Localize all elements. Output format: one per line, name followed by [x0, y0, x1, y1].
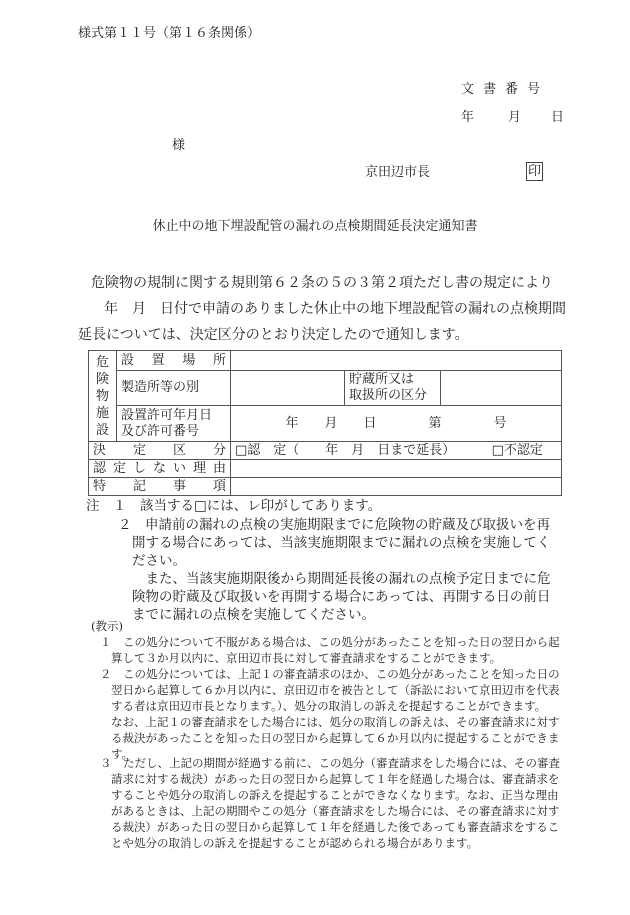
body-paragraph-line-2: 年 月 日付で申請のありました休止中の地下埋設配管の漏れの点検期間: [104, 300, 566, 318]
instruction-3-line-3: することや処分の取消しの訴えを提起することができなくなります。なお、正当な理由: [111, 788, 559, 803]
permit-label: 設置許可年月日 及び許可番号: [117, 406, 231, 442]
remarks-value[interactable]: [231, 478, 562, 496]
instruction-1-line-2: 算して３か月以内に、京田辺市長に対して審査請求をすることができます。: [111, 651, 501, 666]
facility-type-label: 製造所等の別: [117, 371, 231, 406]
location-label: 設置場所: [117, 351, 231, 371]
hazmat-facility-group-label: 危険物施設: [89, 351, 117, 442]
instruction-3-line-4: があるときは、上記の期間やこの処分（審査請求をした場合には、その審査請求に対す: [111, 804, 560, 819]
note-2-line-5: 険物の貯蔵及び取扱いを再開する場合にあっては、再開する日の前日: [132, 588, 550, 606]
storage-class-label: 貯蔵所又は 取扱所の区分: [345, 371, 441, 406]
body-paragraph-line-1: 危険物の規制に関する規則第６２条の５の３第２項ただし書の規定により: [91, 274, 553, 292]
storage-class-value[interactable]: [441, 371, 562, 406]
note-2-line-4: また、当該実施期限後から期間延長後の漏れの点検予定日までに危: [132, 570, 551, 588]
addressee-suffix: 様: [172, 138, 185, 154]
location-value[interactable]: [231, 351, 562, 371]
reject-reason-label: 認定しない理由: [89, 460, 231, 478]
note-2-line-3: ださい。: [132, 552, 186, 570]
date-day: 日: [551, 110, 564, 126]
issuer-name: 京田辺市長: [365, 165, 430, 181]
instruction-3-line-5: る裁決）があった日の翌日から起算して１年を経過した後であっても審査請求をするこ: [111, 820, 559, 835]
table-row-decision: 決定区分 □認 定（ 年 月 日まで延長） □不認定: [89, 442, 562, 460]
instruction-3-line-6: とや処分の取消しの訴えを提起することが認められる場合があります。: [111, 836, 478, 851]
instruction-1-line-1: １ この処分について不服がある場合は、この処分があったことを知った日の翌日から起: [100, 635, 560, 650]
date-year: 年: [461, 110, 474, 126]
instruction-2-line-5: る裁決があったことを知った日の翌日から起算して６か月以内に提起することができま: [111, 731, 559, 746]
date-month: 月: [508, 110, 521, 126]
instruction-3-line-2: 請求に対する裁決）があった日の翌日から起算して１年を経過した場合は、審査請求を: [111, 772, 559, 787]
instruction-2-line-2: 翌日から起算して６か月以内に、京田辺市を被告として（訴訟において京田辺市を代表: [111, 683, 560, 698]
decision-label: 決定区分: [89, 442, 231, 460]
facility-decision-table: 危険物施設 設置場所 製造所等の別 貯蔵所又は 取扱所の区分 設置許可年月日 及…: [88, 350, 562, 496]
table-row-location: 危険物施設 設置場所: [89, 351, 562, 371]
instruction-2-line-1: ２ この処分については、上記１の審査請求のほか、この処分があったことを知った日の: [100, 667, 560, 682]
decision-approve-checkbox[interactable]: □認 定（ 年 月 日まで延長）: [235, 443, 455, 458]
seal-stamp: 印: [526, 162, 543, 181]
table-row-facility-type: 製造所等の別 貯蔵所又は 取扱所の区分: [89, 371, 562, 406]
instructions-heading: (教示): [91, 619, 123, 634]
facility-type-value[interactable]: [231, 371, 345, 406]
note-2-line-1: ２ 申請前の漏れの点検の実施期限までに危険物の貯蔵及び取扱いを再: [118, 516, 550, 534]
instruction-2-line-3: する者は京田辺市長となります。）、処分の取消しの訴えを提起することができます。: [111, 699, 546, 714]
table-row-remarks: 特記事項: [89, 478, 562, 496]
table-row-reject-reason: 認定しない理由: [89, 460, 562, 478]
document-date: 年月日: [461, 110, 564, 126]
document-title: 休止中の地下埋設配管の漏れの点検期間延長決定通知書: [0, 219, 630, 235]
form-number: 様式第１１号（第１６条関係）: [78, 26, 260, 42]
document-number-label: 文書番号: [461, 82, 549, 98]
instruction-2-line-4: なお、上記１の審査請求をした場合には、処分の取消しの訴えは、その審査請求に対す: [111, 715, 560, 730]
instruction-3-line-1: ３ ただし、上記の期間が経過する前に、この処分（審査請求をした場合には、その審査: [100, 756, 560, 771]
decision-options: □認 定（ 年 月 日まで延長） □不認定: [231, 442, 562, 460]
table-row-permit: 設置許可年月日 及び許可番号 年 月 日 第 号: [89, 406, 562, 442]
permit-value[interactable]: 年 月 日 第 号: [231, 406, 562, 442]
body-paragraph-line-3: 延長については、決定区分のとおり決定したので通知します。: [78, 326, 469, 344]
remarks-label: 特記事項: [89, 478, 231, 496]
decision-reject-checkbox[interactable]: □不認定: [492, 443, 543, 458]
reject-reason-value[interactable]: [231, 460, 562, 478]
note-1: 注 １ 該当する□には、レ印がしてあります。: [86, 497, 381, 515]
note-2-line-2: 開する場合にあっては、当該実施期限までに漏れの点検を実施してく: [132, 534, 550, 552]
note-2-line-6: までに漏れの点検を実施してください。: [132, 606, 375, 624]
